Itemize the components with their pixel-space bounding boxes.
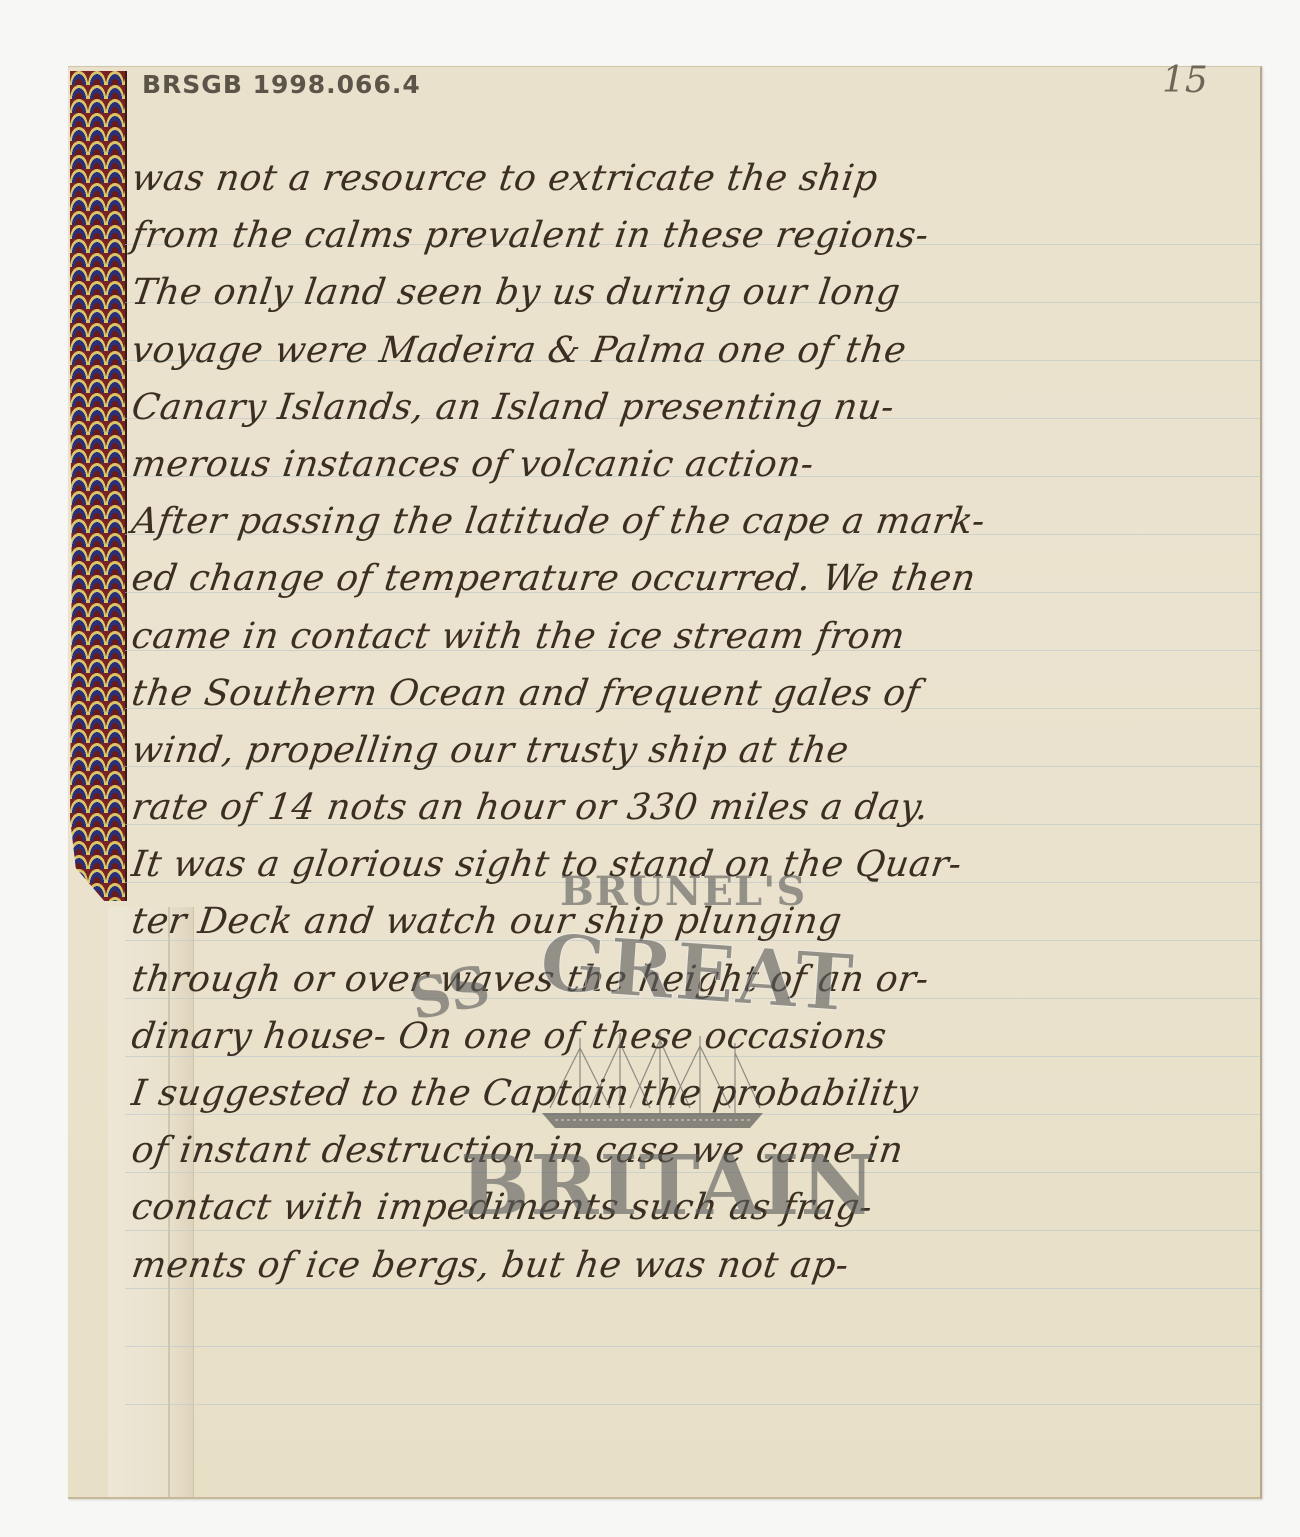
manuscript-line: from the calms prevalent in these region… [128,207,1256,264]
manuscript-line: the Southern Ocean and frequent gales of [128,665,1256,722]
manuscript-line: The only land seen by us during our long [128,264,1256,321]
watermark-britain: BRITAIN [460,1138,876,1234]
accession-number: BRSGB 1998.066.4 [142,70,421,99]
manuscript-line: Canary Islands, an Island presenting nu- [128,379,1256,436]
watermark-great: GREAT [537,917,858,1030]
manuscript-line: voyage were Madeira & Palma one of the [128,322,1256,379]
watermark-ss: SS [404,952,496,1033]
manuscript-line: rate of 14 nots an hour or 330 miles a d… [128,779,1256,836]
steamship-icon [540,1028,765,1138]
watermark-brunels: BRUNEL'S [560,868,806,915]
marbled-binding-edge [70,71,127,901]
manuscript-line: After passing the latitude of the cape a… [128,493,1256,550]
ss-great-britain-watermark: BRUNEL'S SS GREAT BRITAIN [410,868,850,1228]
manuscript-line: ments of ice bergs, but he was not ap- [128,1237,1256,1294]
page-number: 15 [1162,60,1208,101]
manuscript-line: was not a resource to extricate the ship [128,150,1256,207]
manuscript-line: came in contact with the ice stream from [128,608,1256,665]
manuscript-line: wind, propelling our trusty ship at the [128,722,1256,779]
manuscript-line: merous instances of volcanic action- [128,436,1256,493]
manuscript-line: ed change of temperature occurred. We th… [128,550,1256,607]
